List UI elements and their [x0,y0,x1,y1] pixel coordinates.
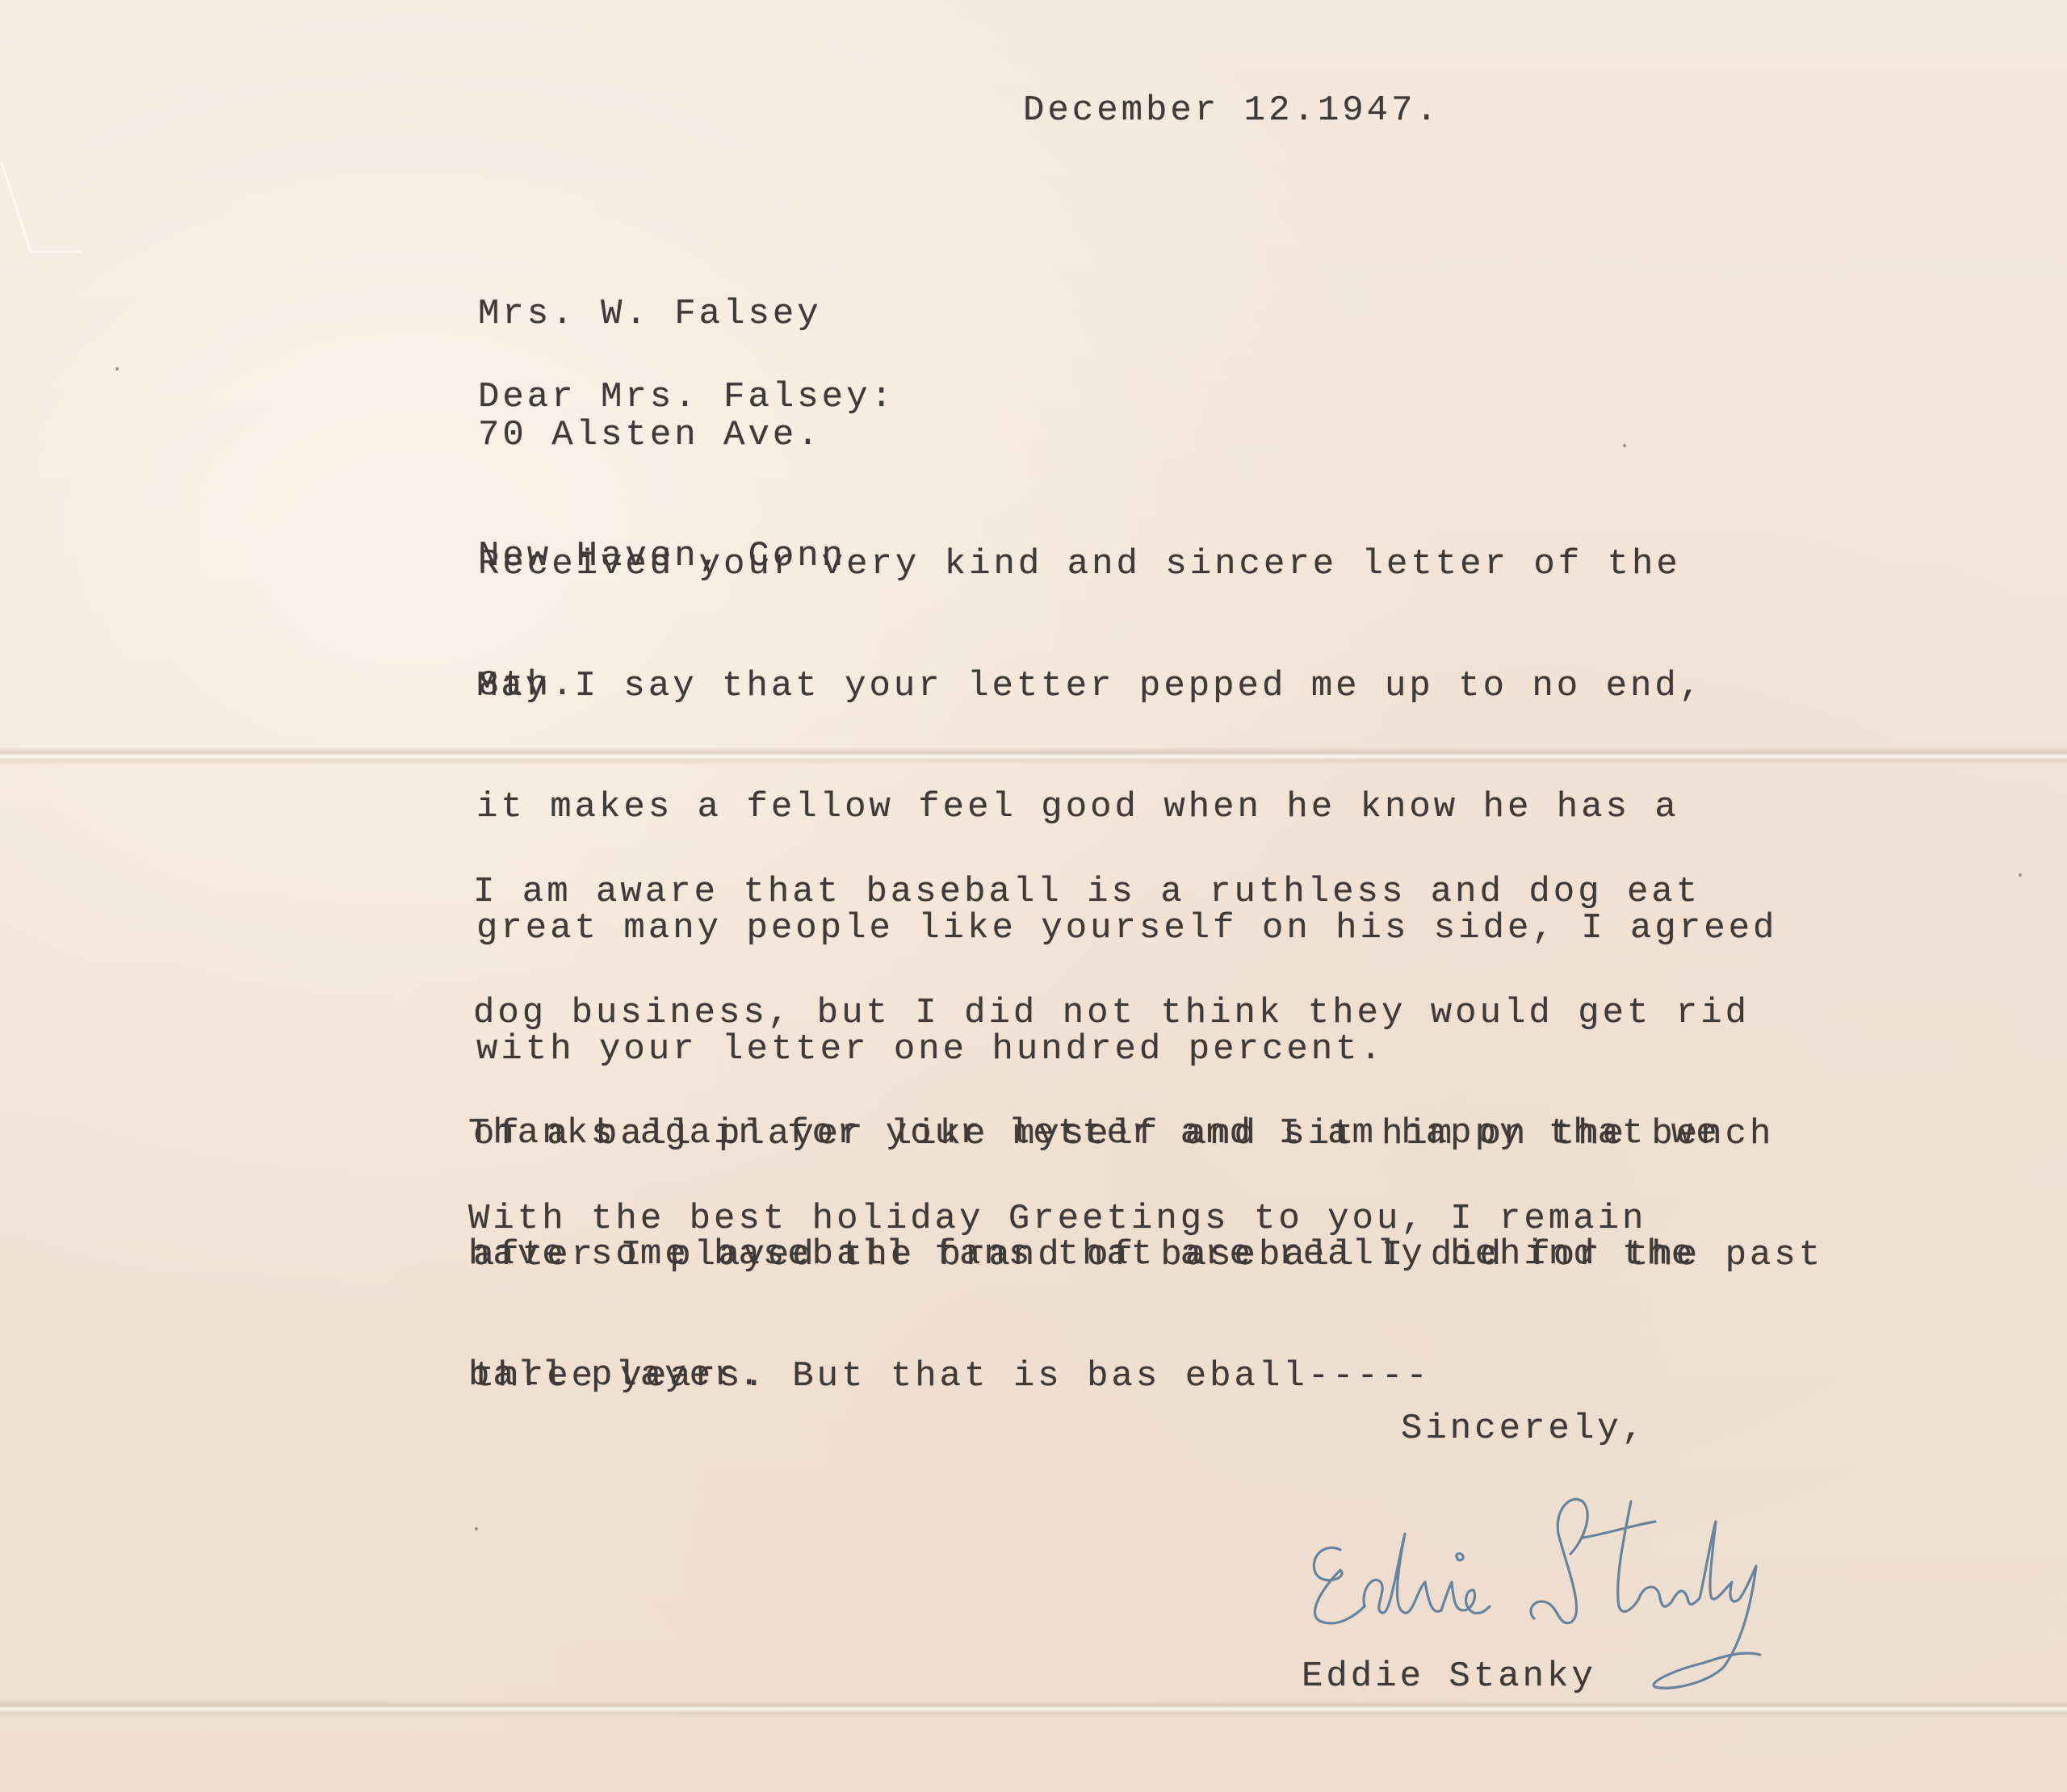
typed-signature-name: Eddie Stanky [1302,1656,1596,1697]
salutation: Dear Mrs. Falsey: [478,377,895,417]
complimentary-close: Sincerely, [1401,1409,1646,1449]
letter-date: December 12.1947. [1023,90,1440,131]
paper-speck [2019,873,2022,877]
paper-speck [475,1527,478,1530]
address-line-name: Mrs. W. Falsey [478,294,846,334]
paper-speck [115,367,119,371]
paragraph-line: dog business, but I did not think they w… [473,993,1823,1033]
address-line-street: 70 Alsten Ave. [478,415,846,455]
corner-crease [0,161,81,253]
paragraph-line: Thanks again for your letter and I am ha… [468,1113,1721,1153]
paragraph-line: I am aware that baseball is a ruthless a… [473,872,1823,912]
paper-speck [1623,444,1626,447]
paragraph-line: ball player. [468,1355,1721,1396]
paragraph-line: have some baseball fans that are really … [468,1234,1721,1275]
paragraph-line: Received your very kind and sincere lett… [478,544,1681,584]
paragraph-line: May I say that your letter pepped me up … [476,666,1777,706]
closing-line: With the best holiday Greetings to you, … [468,1199,1646,1239]
letter-paper: December 12.1947. Mrs. W. Falsey 70 Alst… [0,0,2067,1792]
